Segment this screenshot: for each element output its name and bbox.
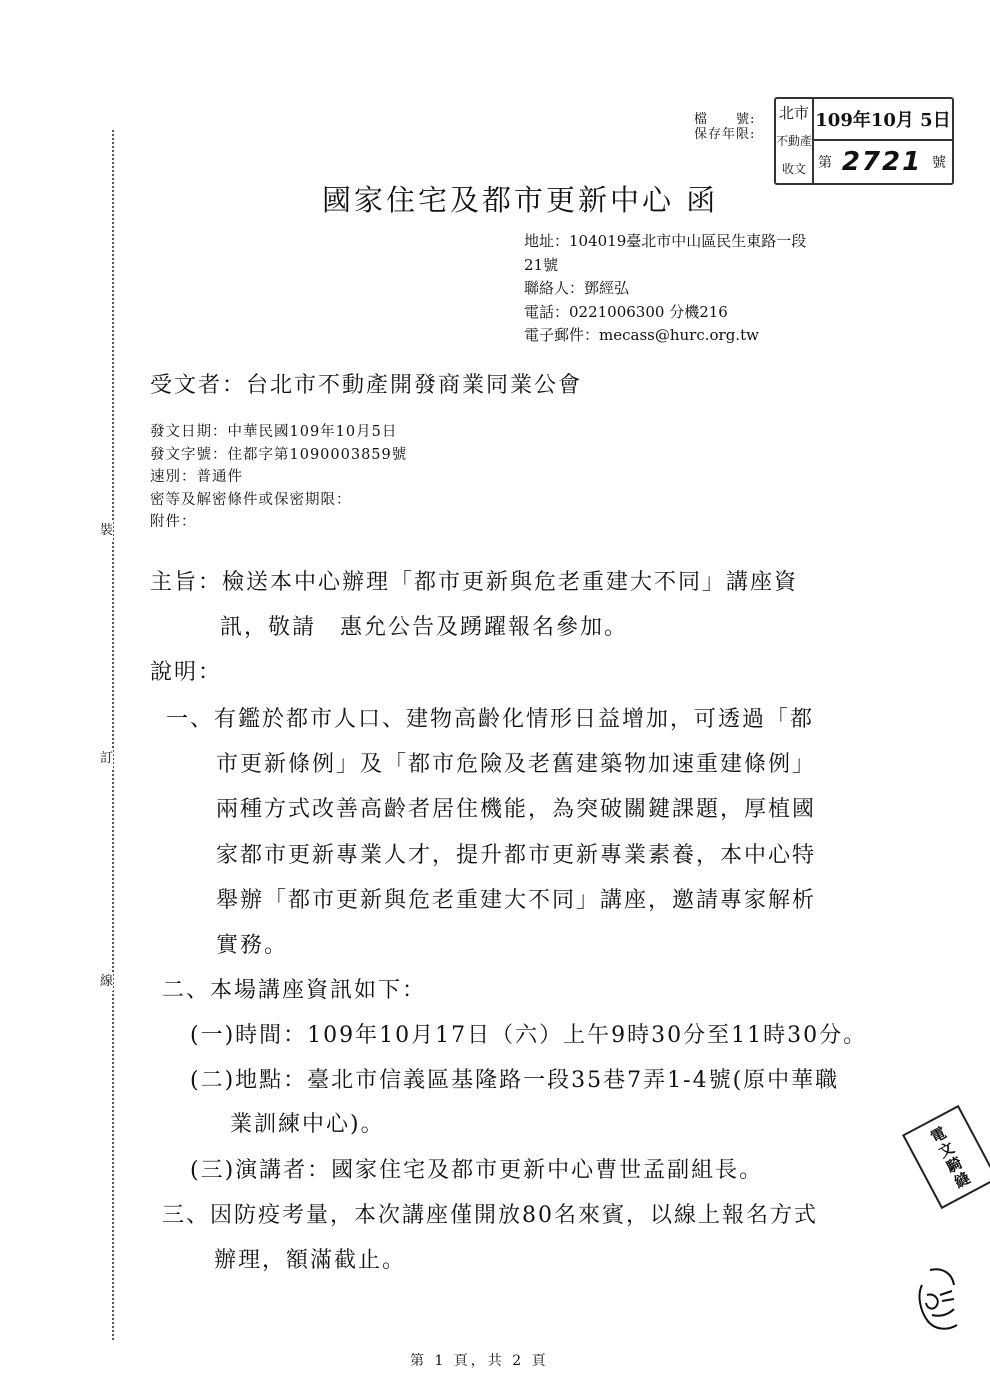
- secrecy-level: 密等及解密條件或保密期限：: [150, 489, 407, 512]
- issue-date: 發文日期：中華民國109年10月5日: [150, 421, 407, 444]
- contact-block: 地址：104019臺北市中山區民生東路一段 21號 聯絡人：鄧經弘 電話：022…: [524, 230, 806, 348]
- body-line: 實務。: [216, 928, 288, 959]
- file-no-label: 檔 號:: [694, 112, 755, 127]
- body-line: (三)演講者：國家住宅及都市更新中心曹世孟副組長。: [190, 1153, 763, 1184]
- stamp-city: 北市: [779, 107, 809, 120]
- subject-line-1: 主旨：檢送本中心辦理「都市更新與危老重建大不同」講座資: [150, 565, 798, 596]
- stamp-number-suffix: 號: [932, 152, 946, 172]
- stamp-received: 收文: [782, 163, 806, 176]
- binding-label-xian: 線: [100, 973, 113, 991]
- stamp-side-column: 北市 不動產 收文: [776, 99, 814, 183]
- body-line: (二)地點：臺北市信義區基隆路一段35巷7弄1-4號(原中華職: [190, 1063, 839, 1094]
- address-line-1: 地址：104019臺北市中山區民生東路一段: [524, 230, 806, 254]
- body-line: 一、有鑑於都市人口、建物高齡化情形日益增加，可透過「都: [166, 702, 814, 733]
- body-line: 辦理，額滿截止。: [214, 1243, 406, 1274]
- body-line: 兩種方式改善高齡者居住機能，為突破關鍵課題，厚植國: [216, 792, 816, 823]
- body-line: 業訓練中心)。: [230, 1107, 385, 1138]
- binding-margin-line: [112, 130, 114, 1340]
- binding-label-ding: 訂: [100, 750, 113, 768]
- page-indicator: 第 1 頁，共 2 頁: [410, 1350, 549, 1370]
- stamp-date: 109年10月 5日: [814, 99, 952, 141]
- body-line: 三、因防疫考量，本次講座僅開放80名來賓，以線上報名方式: [162, 1198, 818, 1229]
- seam-stamp: 電 文 騎 縫: [902, 1105, 990, 1209]
- body-line: 二、本場講座資訊如下：: [162, 973, 426, 1004]
- partial-seal-icon: [912, 1265, 962, 1335]
- contact-person: 聯絡人：鄧經弘: [524, 277, 806, 301]
- body-line: (一)時間：109年10月17日（六）上午9時30分至11時30分。: [190, 1018, 867, 1049]
- document-meta: 發文日期：中華民國109年10月5日 發文字號：住都字第1090003859號 …: [150, 421, 407, 534]
- stamp-handwritten-number: 2721: [842, 147, 922, 177]
- stamp-org: 不動產: [776, 135, 812, 148]
- retention-label: 保存年限:: [694, 127, 755, 142]
- document-number: 發文字號：住都字第1090003859號: [150, 444, 407, 467]
- attachment: 附件：: [150, 511, 407, 534]
- recipient: 受文者：台北市不動產開發商業同業公會: [150, 368, 582, 399]
- receipt-stamp: 北市 不動產 收文 109年10月 5日 第 2721 號: [774, 97, 954, 185]
- stamp-number-row: 第 2721 號: [814, 141, 952, 183]
- archive-labels: 檔 號: 保存年限:: [694, 112, 755, 142]
- document-title: 國家住宅及都市更新中心 函: [322, 178, 718, 219]
- explanation-label: 說明：: [150, 655, 222, 686]
- email: 電子郵件：mecass@hurc.org.tw: [524, 324, 806, 348]
- stamp-number-prefix: 第: [818, 152, 832, 172]
- phone: 電話：0221006300 分機216: [524, 301, 806, 325]
- address-line-2: 21號: [524, 254, 806, 278]
- binding-label-zhuang: 裝: [100, 522, 113, 540]
- delivery-speed: 速別：普通件: [150, 466, 407, 489]
- body-line: 家都市更新專業人才，提升都市更新專業素養，本中心特: [216, 838, 816, 869]
- subject-line-2: 訊，敬請 惠允公告及踴躍報名參加。: [220, 610, 628, 641]
- body-line: 市更新條例」及「都市危險及老舊建築物加速重建條例」: [216, 747, 816, 778]
- body-line: 舉辦「都市更新與危老重建大不同」講座，邀請專家解析: [216, 883, 816, 914]
